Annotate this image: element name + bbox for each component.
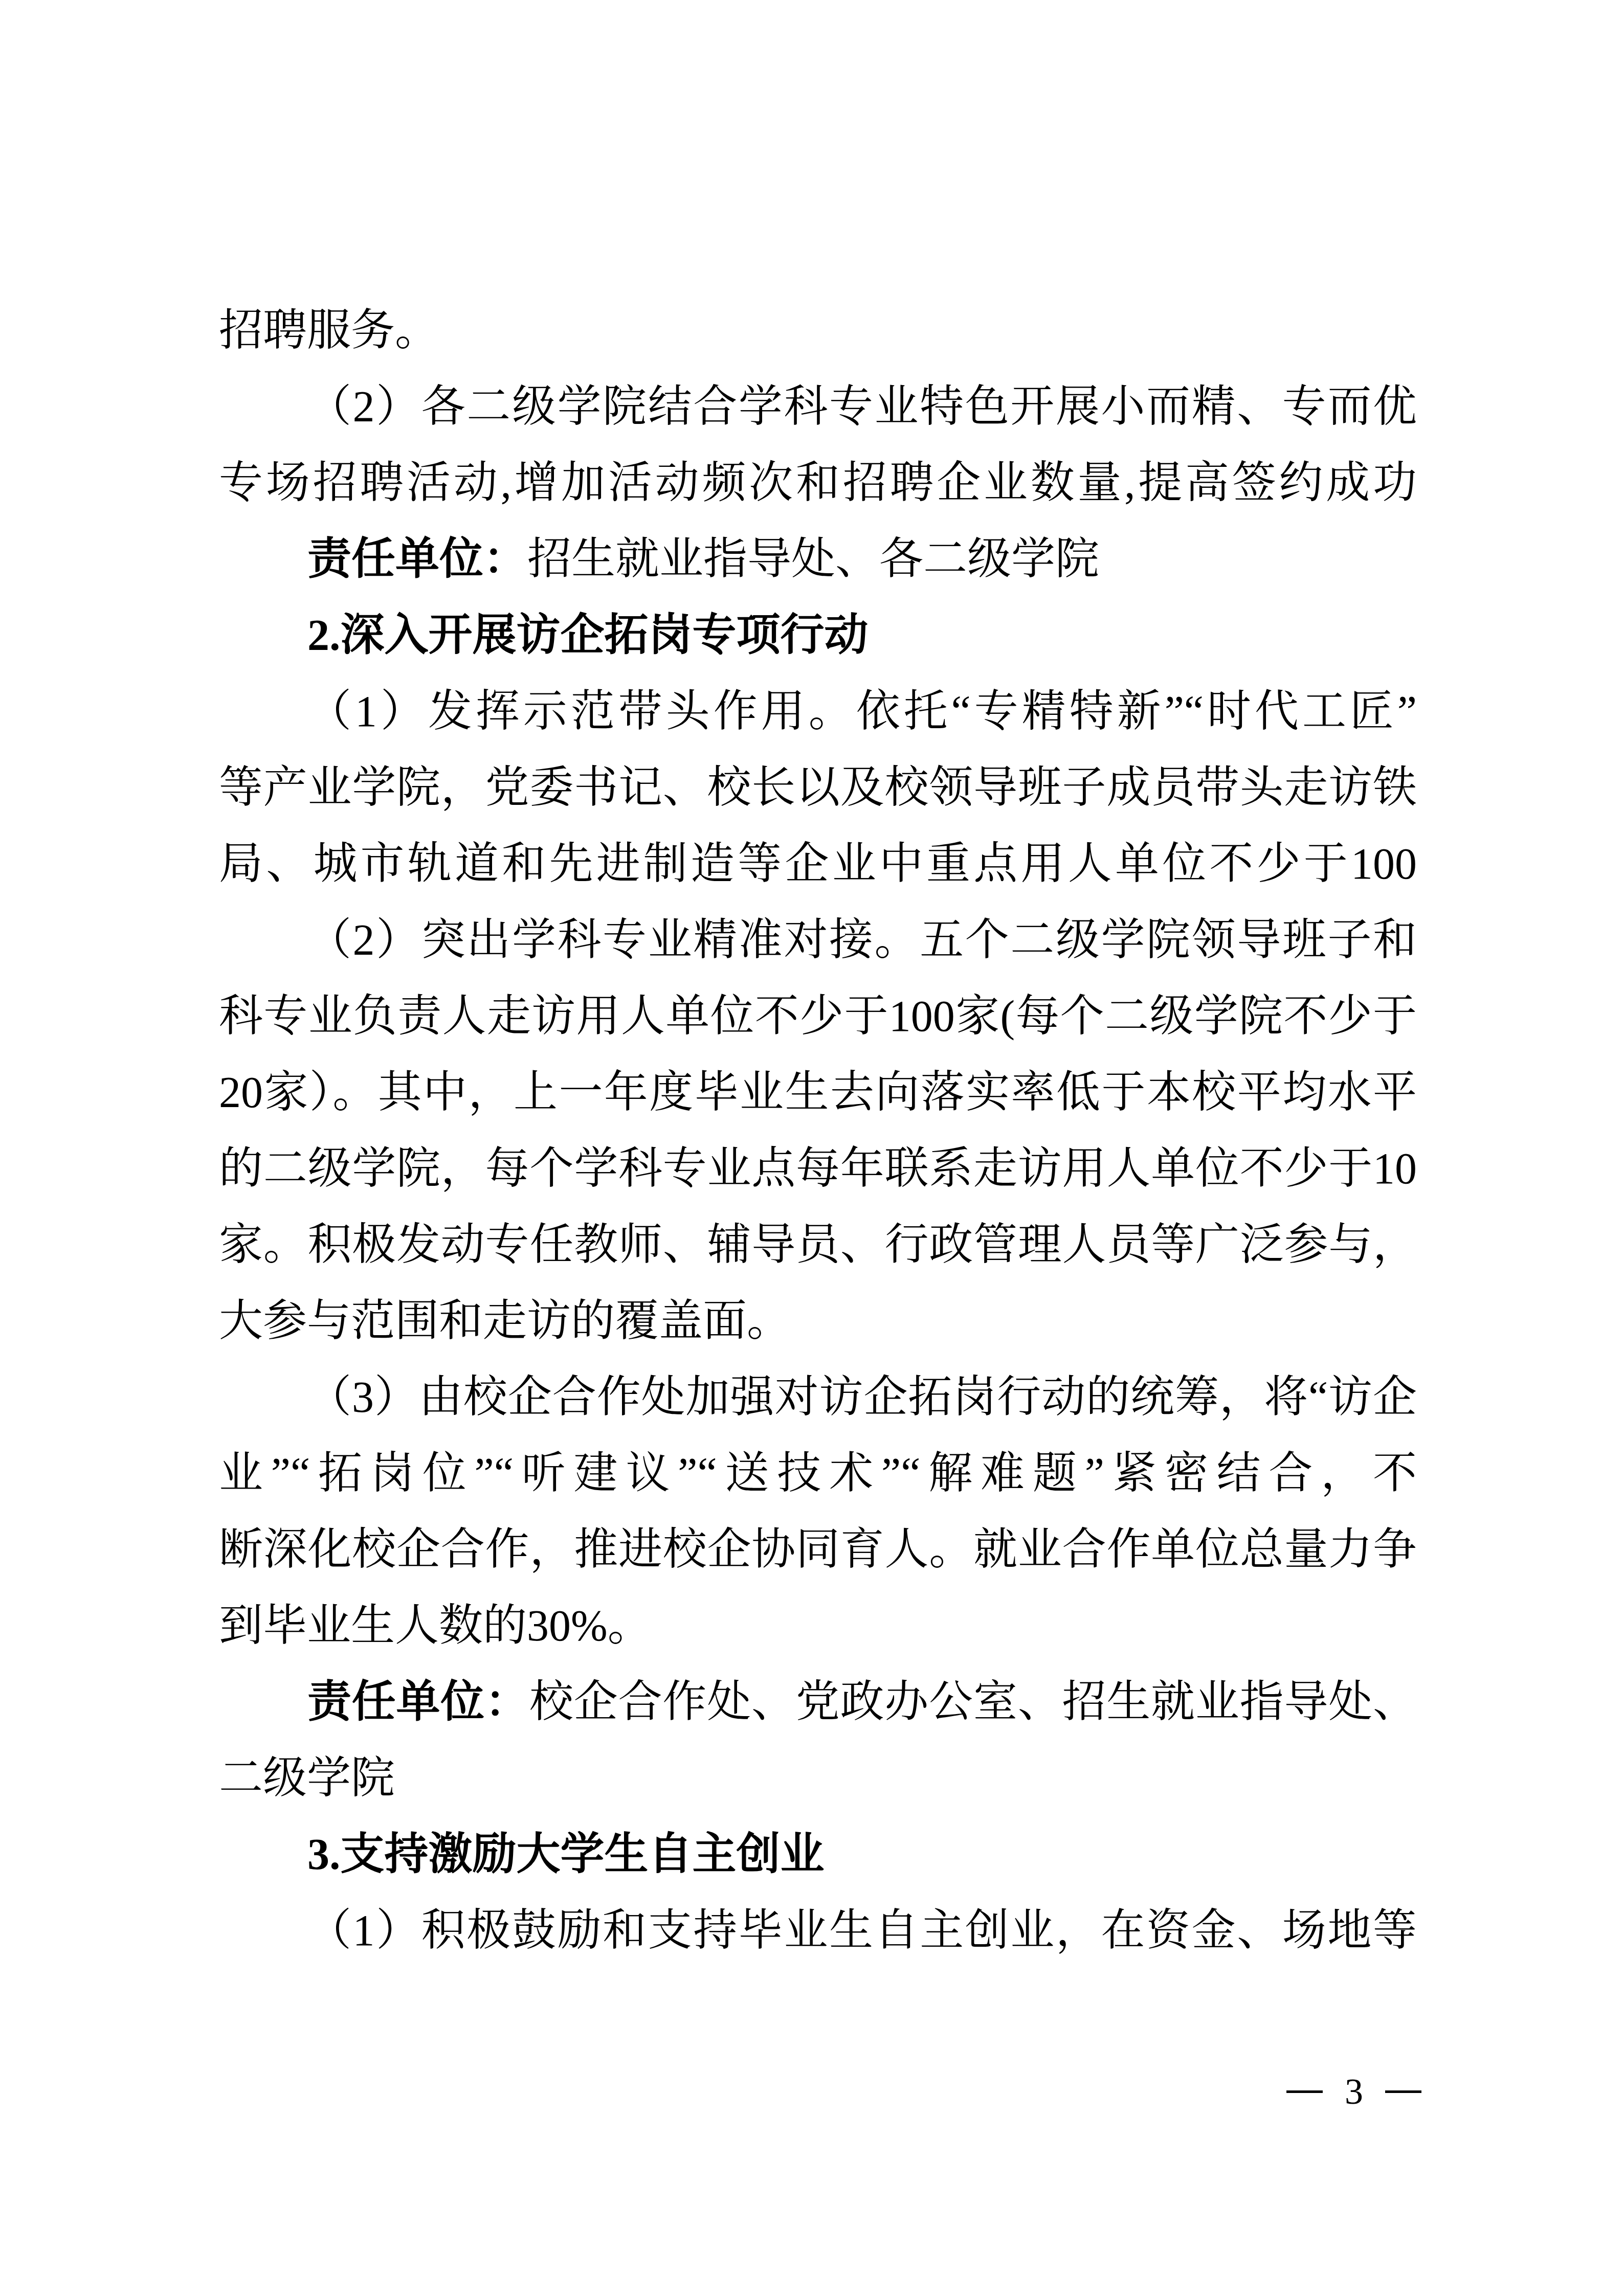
- line-text: 业”“拓岗位”“听建议”“送技术”“解难题”紧密结合，不: [219, 1449, 1417, 1498]
- line-text: 的二级学院，每个学科专业点每年联系走访用人单位不少于10: [219, 1144, 1417, 1193]
- line-text: 断深化校企合作，推进校企协同育人。就业合作单位总量力争达: [219, 1525, 1417, 1588]
- line-text: （2）突出学科专业精准对接。五个二级学院领导班子和学: [307, 915, 1417, 978]
- section-heading-text: 2.深入开展访企拓岗专项行动: [307, 611, 869, 660]
- responsible-unit-label: 责任单位：: [307, 534, 527, 583]
- line-text: （3）由校企合作处加强对访企拓岗行动的统筹，将“访企: [307, 1372, 1417, 1422]
- paragraph-line: （2）突出学科专业精准对接。五个二级学院领导班子和学: [219, 902, 1417, 978]
- paragraph-line: （1）发挥示范带头作用。依托“专精特新”“时代工匠”: [219, 673, 1417, 750]
- responsible-unit-value: 招生就业指导处、各二级学院: [527, 534, 1099, 583]
- line-text: （1）发挥示范带头作用。依托“专精特新”“时代工匠”: [307, 687, 1417, 736]
- line-text: 到毕业生人数的30%。: [219, 1601, 652, 1650]
- paragraph-line: （3）由校企合作处加强对访企拓岗行动的统筹，将“访企: [219, 1359, 1417, 1435]
- paragraph-line: 二级学院: [219, 1740, 1417, 1816]
- paragraph-line: 家。积极发动专任教师、辅导员、行政管理人员等广泛参与，扩: [219, 1207, 1417, 1283]
- paragraph-line: 局、城市轨道和先进制造等企业中重点用人单位不少于100家。: [219, 826, 1417, 902]
- section-heading: 3.支持激励大学生自主创业: [219, 1816, 1417, 1893]
- paragraph-line: 大参与范围和走访的覆盖面。: [219, 1283, 1417, 1359]
- paragraph-line: 招聘服务。: [219, 292, 1417, 369]
- line-text: 大参与范围和走访的覆盖面。: [219, 1296, 791, 1345]
- line-text: （2）各二级学院结合学科专业特色开展小而精、专而优的: [307, 382, 1417, 445]
- dash-left-icon: [1286, 2090, 1323, 2093]
- paragraph-line: 等产业学院，党委书记、校长以及校领导班子成员带头走访铁路: [219, 750, 1417, 826]
- paragraph-line: （2）各二级学院结合学科专业特色开展小而精、专而优的: [219, 369, 1417, 445]
- line-text: 招聘服务。: [219, 306, 439, 355]
- line-text: 家。积极发动专任教师、辅导员、行政管理人员等广泛参与，扩: [219, 1220, 1417, 1283]
- document-page: 招聘服务。 （2）各二级学院结合学科专业特色开展小而精、专而优的 专场招聘活动,…: [0, 0, 1624, 2296]
- paragraph-line: 专场招聘活动,增加活动频次和招聘企业数量,提高签约成功率。: [219, 445, 1417, 521]
- responsible-unit-line: 责任单位：校企合作处、党政办公室、招生就业指导处、各: [219, 1664, 1417, 1740]
- paragraph-line: 科专业负责人走访用人单位不少于100家(每个二级学院不少于: [219, 978, 1417, 1054]
- paragraph-line: 业”“拓岗位”“听建议”“送技术”“解难题”紧密结合，不: [219, 1435, 1417, 1512]
- paragraph-line: 断深化校企合作，推进校企协同育人。就业合作单位总量力争达: [219, 1512, 1417, 1588]
- page-number-value: 3: [1345, 2066, 1363, 2117]
- responsible-unit-label: 责任单位：: [307, 1677, 529, 1726]
- paragraph-line: 到毕业生人数的30%。: [219, 1588, 1417, 1664]
- paragraph-line: 20家）。其中，上一年度毕业生去向落实率低于本校平均水平: [219, 1054, 1417, 1131]
- line-text: （1）积极鼓励和支持毕业生自主创业，在资金、场地等方: [307, 1906, 1417, 1969]
- dash-right-icon: [1385, 2090, 1421, 2093]
- section-heading-text: 3.支持激励大学生自主创业: [307, 1830, 825, 1879]
- line-text: 20家）。其中，上一年度毕业生去向落实率低于本校平均水平: [219, 1068, 1417, 1117]
- section-heading: 2.深入开展访企拓岗专项行动: [219, 597, 1417, 673]
- line-text: 专场招聘活动,增加活动频次和招聘企业数量,提高签约成功率。: [219, 458, 1417, 521]
- line-text: 局、城市轨道和先进制造等企业中重点用人单位不少于100家。: [219, 839, 1417, 902]
- line-text: 科专业负责人走访用人单位不少于100家(每个二级学院不少于: [219, 992, 1417, 1041]
- line-text: 等产业学院，党委书记、校长以及校领导班子成员带头走访铁路: [219, 763, 1417, 826]
- document-body: 招聘服务。 （2）各二级学院结合学科专业特色开展小而精、专而优的 专场招聘活动,…: [219, 292, 1417, 1969]
- line-text: 二级学院: [219, 1753, 395, 1803]
- page-number: 3: [1286, 2066, 1421, 2117]
- responsible-unit-line: 责任单位：招生就业指导处、各二级学院: [219, 521, 1417, 597]
- paragraph-line: （1）积极鼓励和支持毕业生自主创业，在资金、场地等方: [219, 1893, 1417, 1969]
- paragraph-line: 的二级学院，每个学科专业点每年联系走访用人单位不少于10: [219, 1131, 1417, 1207]
